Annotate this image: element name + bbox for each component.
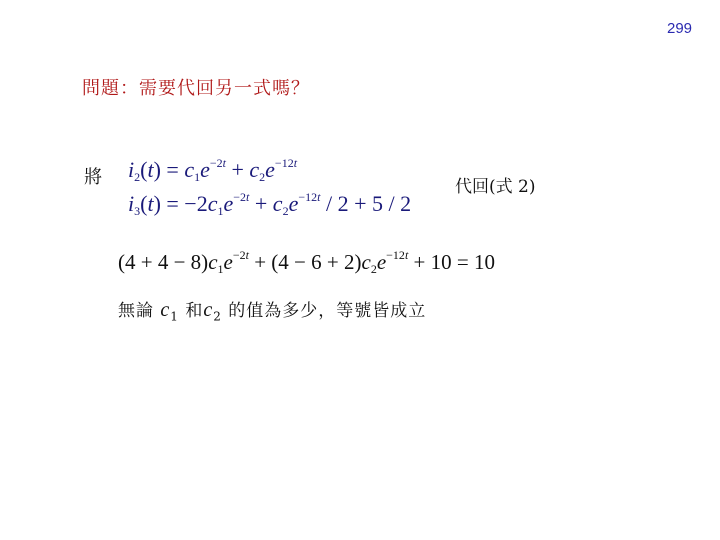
conclusion-text: 無論 c1 和c2 的值為多少，等號皆成立 — [118, 296, 426, 323]
equation-i2: i2(t) = c1e−2t + c2e−12t — [128, 156, 297, 185]
page-number: 299 — [667, 20, 692, 37]
substitute-note: 代回(式 2) — [455, 172, 535, 197]
conclusion-suffix: 的值為多少，等號皆成立 — [228, 301, 426, 321]
conclusion-prefix: 無論 — [118, 301, 154, 321]
question-heading: 問題：需要代回另一式嗎？ — [82, 74, 310, 100]
conclusion-mid: 和 — [185, 301, 203, 321]
lead-word: 將 — [84, 163, 102, 189]
equation-substituted: (4 + 4 − 8)c1e−2t + (4 − 6 + 2)c2e−12t +… — [118, 248, 495, 277]
equation-i3: i3(t) = −2c1e−2t + c2e−12t / 2 + 5 / 2 — [128, 190, 411, 219]
